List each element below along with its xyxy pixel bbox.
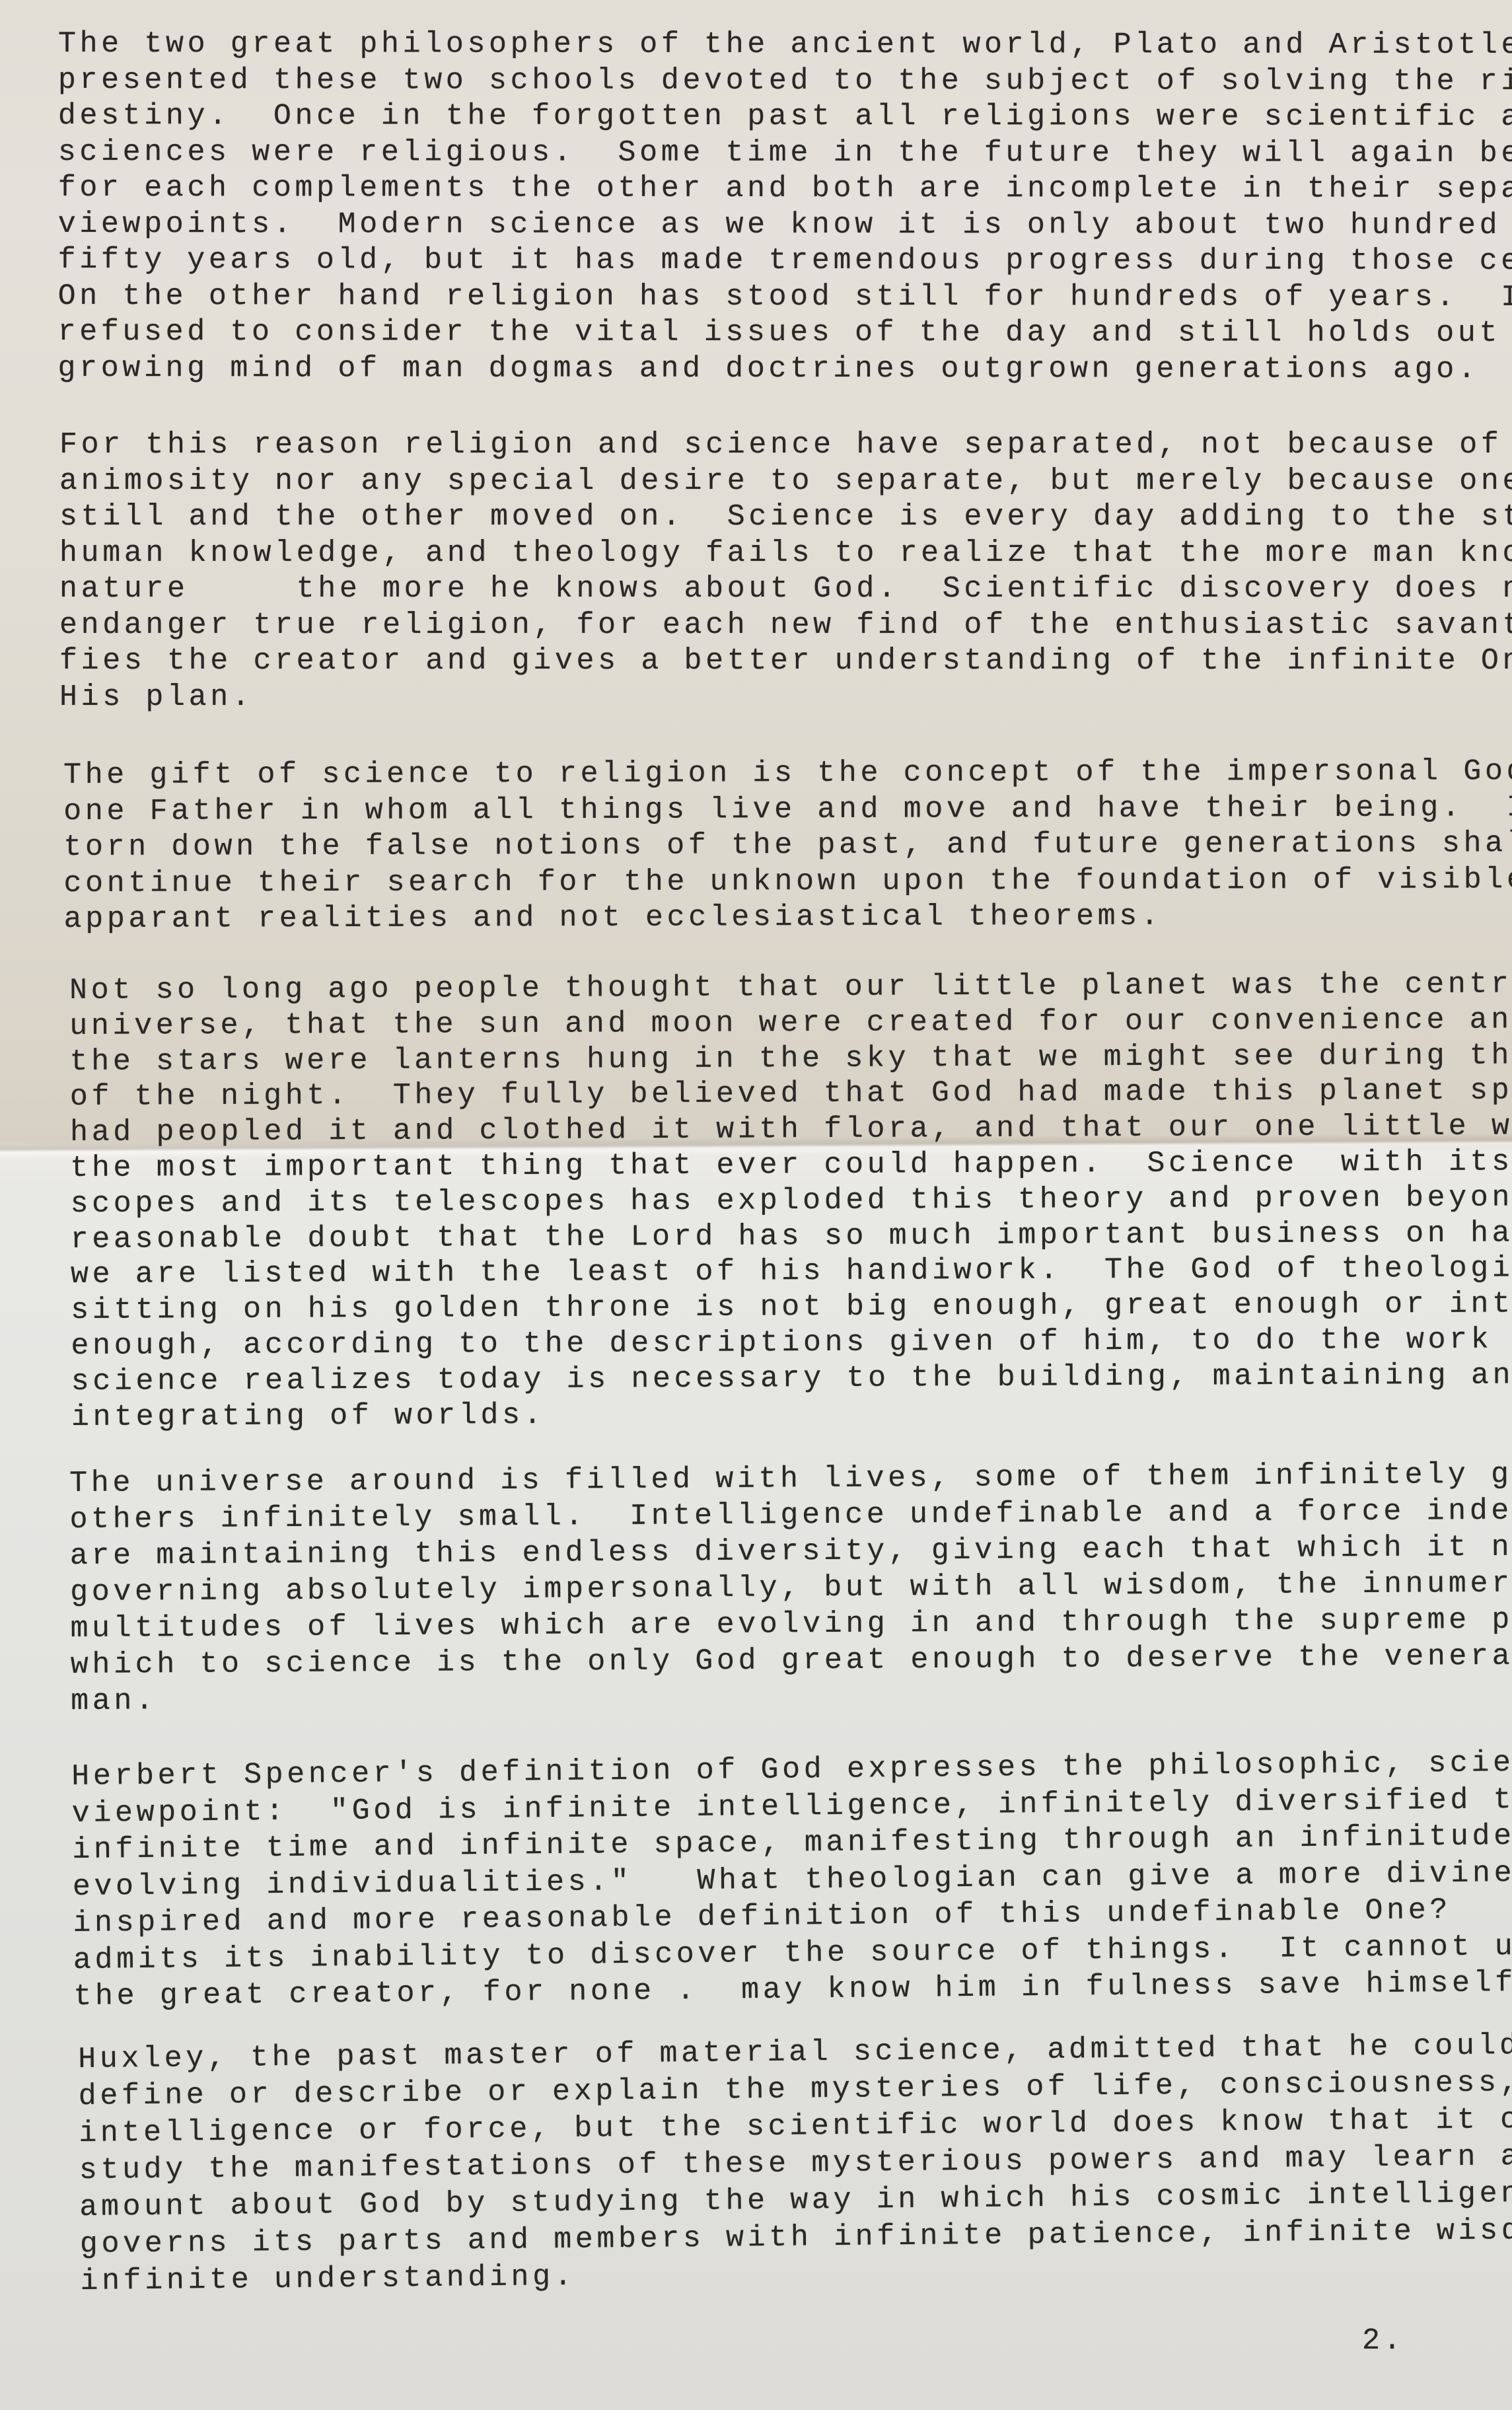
- text-line: sciences were religious. Some time in th…: [58, 134, 1512, 172]
- text-line: His plan.: [59, 680, 1512, 716]
- text-line: science realizes today is necessary to t…: [71, 1357, 1512, 1399]
- text-line: The two great philosophers of the ancien…: [58, 26, 1512, 64]
- paragraph-little-planet: Not so long ago people thought that our …: [69, 966, 1512, 1435]
- text-line: the most important thing that ever could…: [70, 1144, 1512, 1186]
- text-line: viewpoints. Modern science as we know it…: [58, 206, 1512, 244]
- text-line: had peopled it and clothed it with flora…: [70, 1109, 1512, 1151]
- text-line: enough, according to the descriptions gi…: [71, 1321, 1512, 1364]
- text-line: animosity nor any special desire to sepa…: [59, 464, 1512, 500]
- text-line: sitting on his golden throne is not big …: [71, 1286, 1512, 1328]
- text-line: apparant realities and not ecclesiastica…: [64, 898, 1512, 938]
- text-line: integrating of worlds.: [71, 1393, 1512, 1435]
- text-line: continue their search for the unknown up…: [63, 861, 1512, 902]
- text-line: presented these two schools devoted to t…: [58, 62, 1512, 100]
- text-line: destiny. Once in the forgotten past all …: [58, 98, 1512, 136]
- text-line: reasonable doubt that the Lord has so mu…: [71, 1215, 1512, 1257]
- text-line: For this reason religion and science hav…: [59, 427, 1512, 464]
- text-line: the stars were lanterns hung in the sky …: [69, 1037, 1512, 1079]
- text-line: scopes and its telescopes has exploded t…: [70, 1179, 1512, 1222]
- text-line: we are listed with the least of his hand…: [71, 1251, 1512, 1293]
- text-line: fies the creator and gives a better unde…: [59, 643, 1512, 680]
- text-line: The gift of science to religion is the c…: [63, 754, 1512, 794]
- paragraph-huxley: Huxley, the past master of material scie…: [78, 2026, 1512, 2300]
- paragraph-gift-of-science: The gift of science to religion is the c…: [63, 754, 1512, 938]
- paragraph-universe-of-lives: The universe around is filled with lives…: [69, 1455, 1512, 1720]
- text-line: refused to consider the vital issues of …: [58, 314, 1512, 352]
- text-line: one Father in whom all things live and m…: [63, 789, 1512, 830]
- text-line: universe, that the sun and moon were cre…: [69, 1002, 1512, 1044]
- text-line: growing mind of man dogmas and doctrines…: [58, 350, 1512, 388]
- text-line: of the night. They fully believed that G…: [70, 1073, 1512, 1115]
- text-line: fifty years old, but it has made tremend…: [58, 242, 1512, 280]
- paragraph-philosophers: The two great philosophers of the ancien…: [58, 26, 1512, 388]
- text-line: On the other hand religion has stood sti…: [58, 278, 1512, 316]
- paragraph-herbert-spencer: Herbert Spencer's definition of God expr…: [71, 1743, 1512, 2016]
- text-line: for each complements the other and both …: [58, 170, 1512, 208]
- text-line: still and the other moved on. Science is…: [59, 499, 1512, 536]
- text-line: Not so long ago people thought that our …: [69, 966, 1512, 1008]
- text-line: torn down the false notions of the past,…: [63, 826, 1512, 866]
- text-line: human knowledge, and theology fails to r…: [59, 536, 1512, 572]
- text-line: endanger true religion, for each new fin…: [59, 608, 1512, 644]
- paragraph-religion-science-separated: For this reason religion and science hav…: [59, 427, 1512, 715]
- typewritten-page: The two great philosophers of the ancien…: [0, 0, 1512, 2410]
- text-line: nature the more he knows about God. Scie…: [59, 571, 1512, 608]
- page-number: 2.: [1362, 2324, 1404, 2358]
